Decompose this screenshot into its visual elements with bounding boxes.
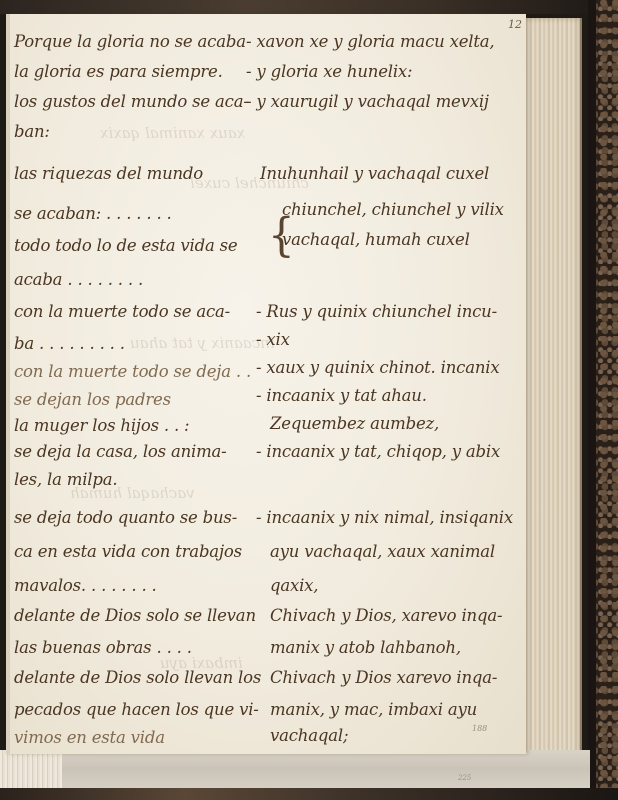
- spanish-line: se deja todo quanto se bus-: [14, 508, 237, 527]
- kiche-line: qaxix,: [270, 576, 318, 595]
- spanish-line: la muger los hijos . . :: [14, 416, 189, 435]
- spanish-line: se acaban: . . . . . . .: [14, 204, 172, 223]
- spanish-line: las riquezas del mundo: [14, 164, 203, 183]
- kiche-line: Chivach y Dios xarevo inqa-: [270, 668, 497, 687]
- manuscript-page: xaux xanimal qaxix chiunchel cuxel incaa…: [6, 14, 526, 754]
- spanish-line: las buenas obras . . . .: [14, 638, 192, 657]
- kiche-line: Inuhunhail y vachaqal cuxel: [260, 164, 489, 183]
- kiche-line: vachaqal, humah cuxel: [282, 230, 470, 249]
- spanish-line: los gustos del mundo se aca-: [14, 92, 249, 111]
- bleed-through-text: incaanix y tat ahau: [130, 334, 275, 352]
- spanish-line: Porque la gloria no se acaba: [14, 32, 246, 51]
- kiche-line: manix y atob lahbanoh,: [270, 638, 461, 657]
- gutter-stack: [0, 750, 62, 788]
- spanish-line: la gloria es para siempre.: [14, 62, 223, 81]
- spanish-line: se dejan los padres: [14, 390, 171, 409]
- spanish-line: vimos en esta vida: [14, 728, 165, 747]
- pencil-mark-margin: 225: [458, 774, 471, 782]
- kiche-line: chiunchel, chiunchel y vilix: [282, 200, 504, 219]
- kiche-line: - incaanix y tat, chiqop, y abix: [256, 442, 500, 461]
- kiche-line: - y xaurugil y vachaqal mevxij: [246, 92, 489, 111]
- spanish-line: acaba . . . . . . . .: [14, 270, 143, 289]
- book-cover-top-edge: [0, 0, 618, 14]
- kiche-line: - incaanix y nix nimal, insiqanix: [256, 508, 513, 527]
- page-stack-bottom-edge: [0, 750, 590, 788]
- spanish-line: les, la milpa.: [14, 470, 117, 489]
- spanish-line: mavalos. . . . . . . .: [14, 576, 157, 595]
- kiche-line: - incaanix y tat ahau.: [256, 386, 427, 405]
- kiche-line: - xaux y quinix chinot. incanix: [256, 358, 499, 377]
- kiche-line: vachaqal;: [270, 726, 348, 745]
- spanish-line: ba . . . . . . . . .: [14, 334, 125, 353]
- spanish-line: ban:: [14, 122, 50, 141]
- kiche-line: - Rus y quinix chiunchel incu-: [256, 302, 497, 321]
- spanish-line: se deja la casa, los anima-: [14, 442, 227, 461]
- book-cover-bottom-edge: [0, 788, 618, 800]
- board-edge: [588, 0, 596, 800]
- kiche-line: - xix: [256, 330, 290, 349]
- spanish-line: con la muerte todo se aca-: [14, 302, 230, 321]
- bleed-through-text: xaux xanimal qaxix: [100, 124, 245, 142]
- pencil-mark: 188: [472, 724, 487, 733]
- spanish-line: delante de Dios solo llevan los: [14, 668, 261, 687]
- spanish-line: pecados que hacen los que vi-: [14, 700, 259, 719]
- spanish-line: todo todo lo de esta vida se: [14, 236, 237, 255]
- spanish-line: con la muerte todo se deja . .: [14, 362, 251, 381]
- kiche-line: Zequembez aumbez,: [270, 414, 439, 433]
- kiche-line: Chivach y Dios, xarevo inqa-: [270, 606, 502, 625]
- book-cover-marbled-board: [588, 0, 618, 800]
- folio-number: 12: [508, 18, 522, 31]
- kiche-line: manix, y mac, imbaxi ayu: [270, 700, 477, 719]
- spanish-line: ca en esta vida con trabajos: [14, 542, 242, 561]
- kiche-line: - y gloria xe hunelix:: [246, 62, 412, 81]
- spanish-line: delante de Dios solo se llevan: [14, 606, 256, 625]
- kiche-line: ayu vachaqal, xaux xanimal: [270, 542, 495, 561]
- kiche-line: - xavon xe y gloria macu xelta,: [246, 32, 494, 51]
